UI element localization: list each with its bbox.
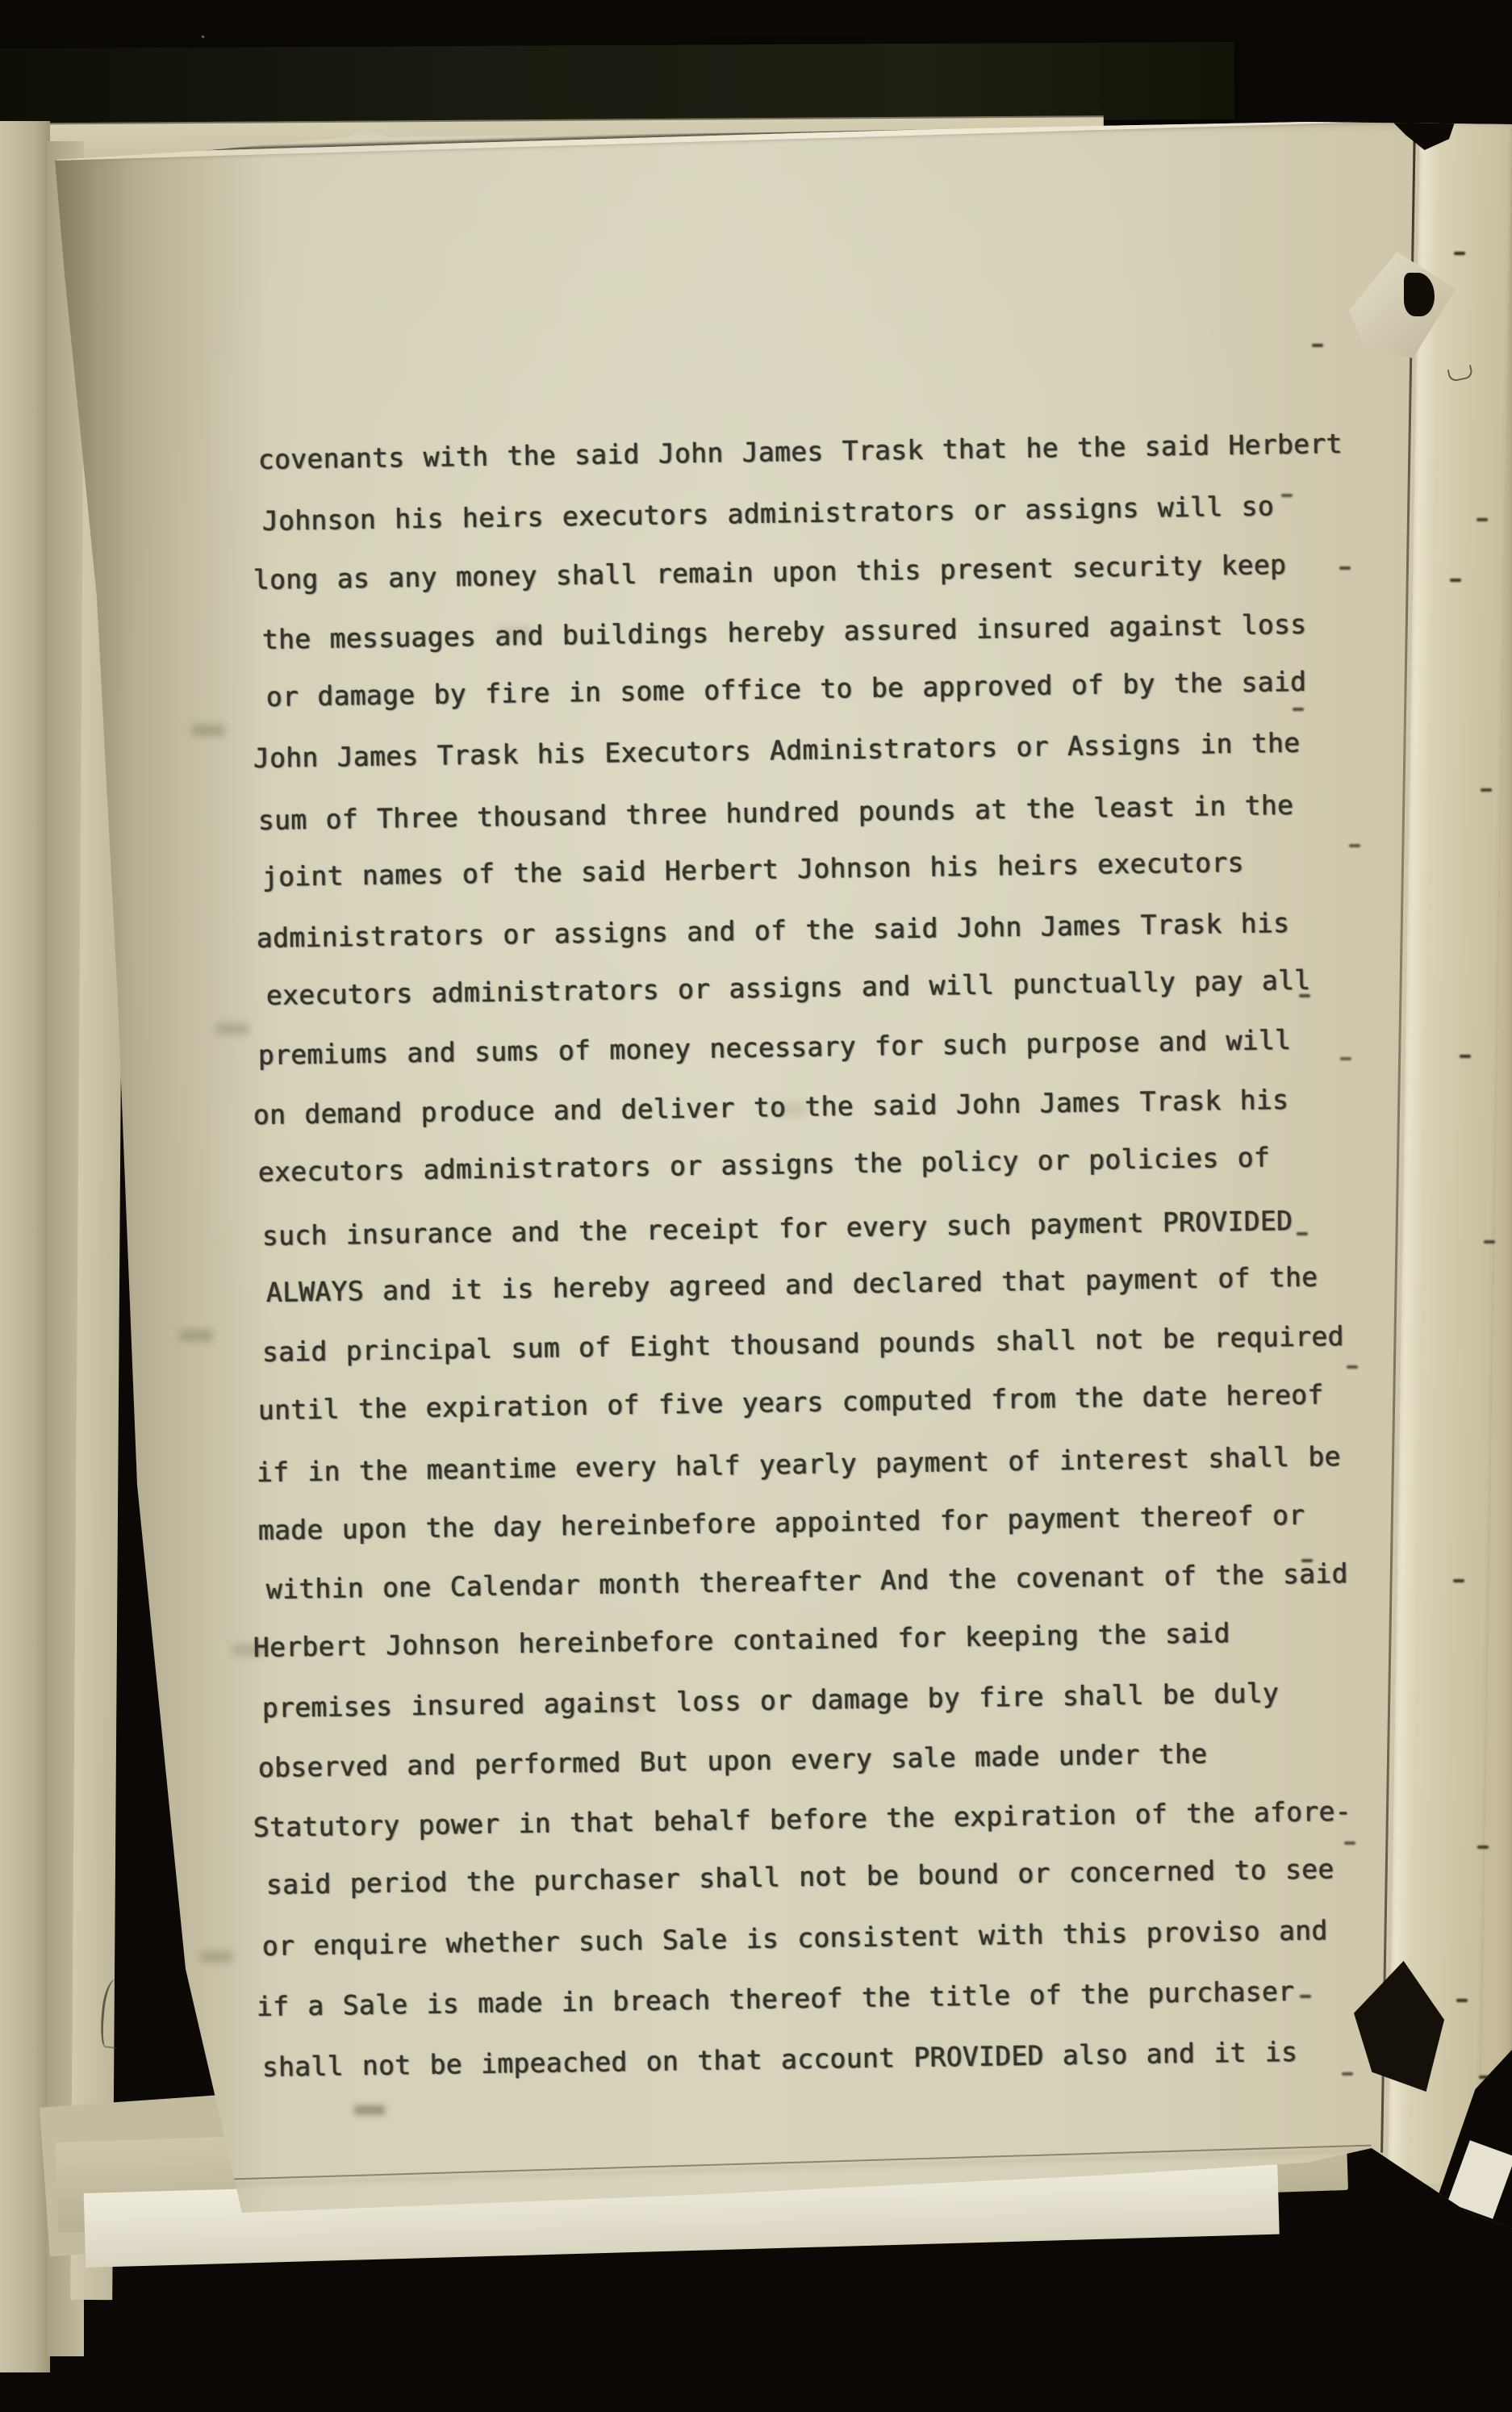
book-cover-edge bbox=[0, 42, 1234, 126]
facing-page-edge bbox=[1388, 118, 1512, 2184]
page-stack-left-outer bbox=[0, 121, 50, 2372]
book-photo: covenants with the said John James Trask… bbox=[0, 0, 1512, 2412]
document-page: covenants with the said John James Trask… bbox=[48, 113, 1512, 2247]
typewritten-text: covenants with the said John James Trask… bbox=[258, 432, 1388, 2095]
dust-specks bbox=[0, 0, 2, 2]
